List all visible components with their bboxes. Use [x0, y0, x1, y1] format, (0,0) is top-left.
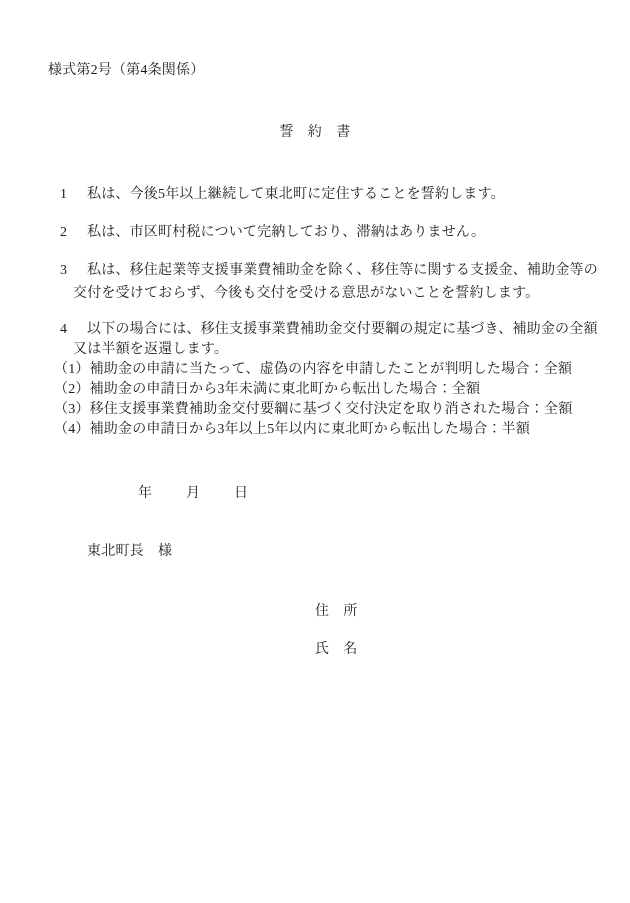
item-1-text: 私は、今後5年以上継続して東北町に定住することを誓約します。 — [87, 187, 505, 202]
document-title: 誓 約 書 — [0, 126, 630, 140]
refund-case-3: （3）移住支援事業費補助金交付要綱に基づく交付決定を取り消された場合：全額 — [54, 403, 572, 417]
pledge-item-2: 2私は、市区町村税について完納しており、滞納はありません。 — [60, 226, 485, 240]
refund-case-1: （1）補助金の申請に当たって、虚偽の内容を申請したことが判明した場合：全額 — [54, 363, 572, 377]
pledge-item-3-line-2: 交付を受けておらず、今後も交付を受ける意思がないことを誓約します。 — [73, 287, 539, 301]
pledge-document-page: 様式第2号（第4条関係） 誓 約 書 1私は、今後5年以上継続して東北町に定住す… — [0, 0, 630, 903]
refund-case-4: （4）補助金の申請日から3年以上5年以内に東北町から転出した場合：半額 — [54, 423, 530, 437]
pledge-item-1: 1私は、今後5年以上継続して東北町に定住することを誓約します。 — [60, 188, 505, 202]
item-1-number: 1 — [60, 188, 87, 202]
recipient-line: 東北町長 様 — [87, 545, 172, 559]
refund-case-2: （2）補助金の申請日から3年未満に東北町から転出した場合：全額 — [54, 383, 480, 397]
item-2-number: 2 — [60, 226, 87, 240]
item-2-text: 私は、市区町村税について完納しており、滞納はありません。 — [87, 225, 485, 240]
pledge-item-3-line-1: 3私は、移住起業等支援事業費補助金を除く、移住等に関する支援金、補助金等の — [60, 264, 598, 278]
pledge-item-4-line-2: 又は半額を返還します。 — [73, 343, 228, 357]
item-4-number: 4 — [60, 323, 87, 337]
address-label: 住 所 — [315, 605, 358, 619]
name-label: 氏 名 — [315, 643, 358, 657]
form-number: 様式第2号（第4条関係） — [48, 64, 204, 78]
item-4-text-line-1: 以下の場合には、移住支援事業費補助金交付要綱の規定に基づき、補助金の全額 — [87, 322, 598, 337]
date-blank-line: 年 月 日 — [138, 487, 250, 501]
pledge-item-4-line-1: 4以下の場合には、移住支援事業費補助金交付要綱の規定に基づき、補助金の全額 — [60, 323, 598, 337]
item-3-text-line-1: 私は、移住起業等支援事業費補助金を除く、移住等に関する支援金、補助金等の — [87, 263, 598, 278]
item-3-number: 3 — [60, 264, 87, 278]
